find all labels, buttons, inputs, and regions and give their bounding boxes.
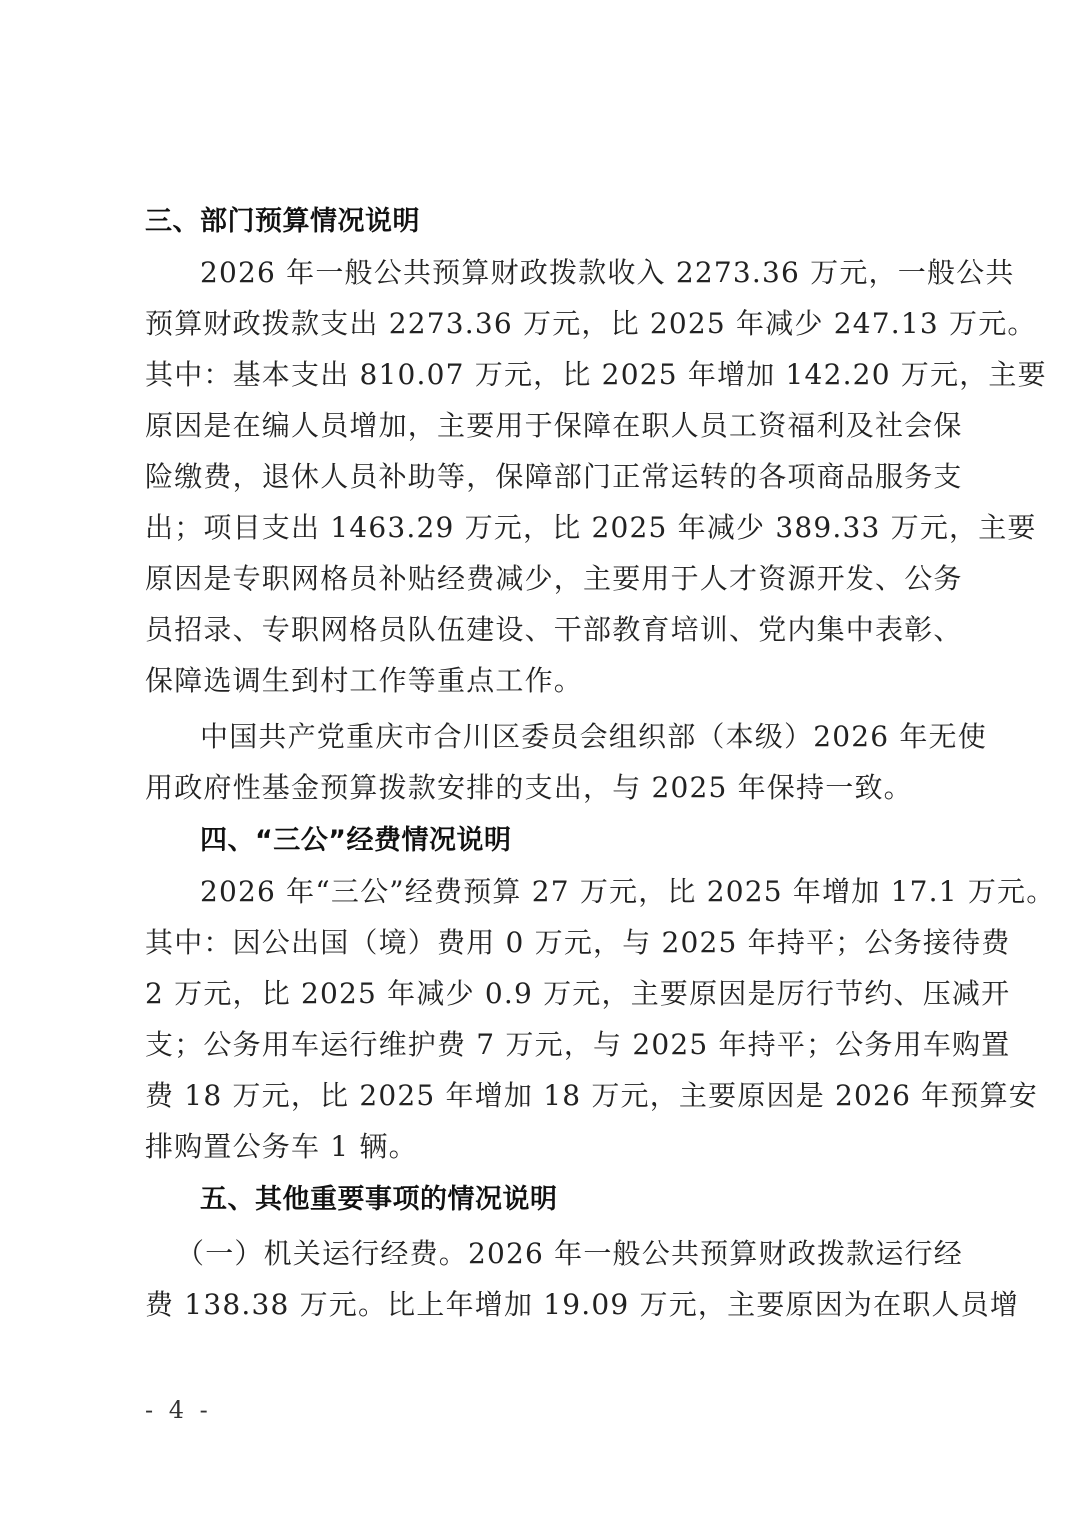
paragraph-line: 员招录、专职网格员队伍建设、干部教育培训、党内集中表彰、 xyxy=(145,612,940,648)
paragraph-line: 2026 年“三公”经费预算 27 万元，比 2025 年增加 17.1 万元。 xyxy=(200,874,940,910)
paragraph-line: 用政府性基金预算拨款安排的支出，与 2025 年保持一致。 xyxy=(145,770,945,806)
paragraph-line: 费 138.38 万元。比上年增加 19.09 万元，主要原因为在职人员增 xyxy=(145,1287,940,1323)
paragraph-line: 险缴费，退休人员补助等，保障部门正常运转的各项商品服务支 xyxy=(145,459,940,495)
paragraph-line: 出；项目支出 1463.29 万元，比 2025 年减少 389.33 万元，主… xyxy=(145,510,940,546)
paragraph-line: 原因是专职网格员补贴经费减少，主要用于人才资源开发、公务 xyxy=(145,561,940,597)
paragraph-line: 费 18 万元，比 2025 年增加 18 万元，主要原因是 2026 年预算安 xyxy=(145,1078,940,1114)
section-heading-4: 四、“三公”经费情况说明 xyxy=(200,823,512,859)
paragraph-line: 其中：因公出国（境）费用 0 万元，与 2025 年持平；公务接待费 xyxy=(145,925,940,961)
paragraph-line: 2026 年一般公共预算财政拨款收入 2273.36 万元，一般公共 xyxy=(200,255,940,291)
section-heading-5: 五、其他重要事项的情况说明 xyxy=(200,1182,558,1218)
paragraph-line: 支；公务用车运行维护费 7 万元，与 2025 年持平；公务用车购置 xyxy=(145,1027,940,1063)
paragraph-line: 保障选调生到村工作等重点工作。 xyxy=(145,663,945,699)
page-number: - 4 - xyxy=(145,1395,212,1425)
paragraph-line: 预算财政拨款支出 2273.36 万元，比 2025 年减少 247.13 万元… xyxy=(145,306,940,342)
paragraph-line: 排购置公务车 1 辆。 xyxy=(145,1129,945,1165)
paragraph-line: 其中：基本支出 810.07 万元，比 2025 年增加 142.20 万元，主… xyxy=(145,357,940,393)
section-heading-3: 三、部门预算情况说明 xyxy=(145,204,420,240)
document-page: 三、部门预算情况说明 2026 年一般公共预算财政拨款收入 2273.36 万元… xyxy=(0,0,1074,1520)
paragraph-line: 2 万元，比 2025 年减少 0.9 万元，主要原因是厉行节约、压减开 xyxy=(145,976,940,1012)
paragraph-line: 中国共产党重庆市合川区委员会组织部（本级）2026 年无使 xyxy=(200,719,940,755)
paragraph-line: 原因是在编人员增加，主要用于保障在职人员工资福利及社会保 xyxy=(145,408,940,444)
paragraph-line: （一）机关运行经费。2026 年一般公共预算财政拨款运行经 xyxy=(176,1236,940,1272)
